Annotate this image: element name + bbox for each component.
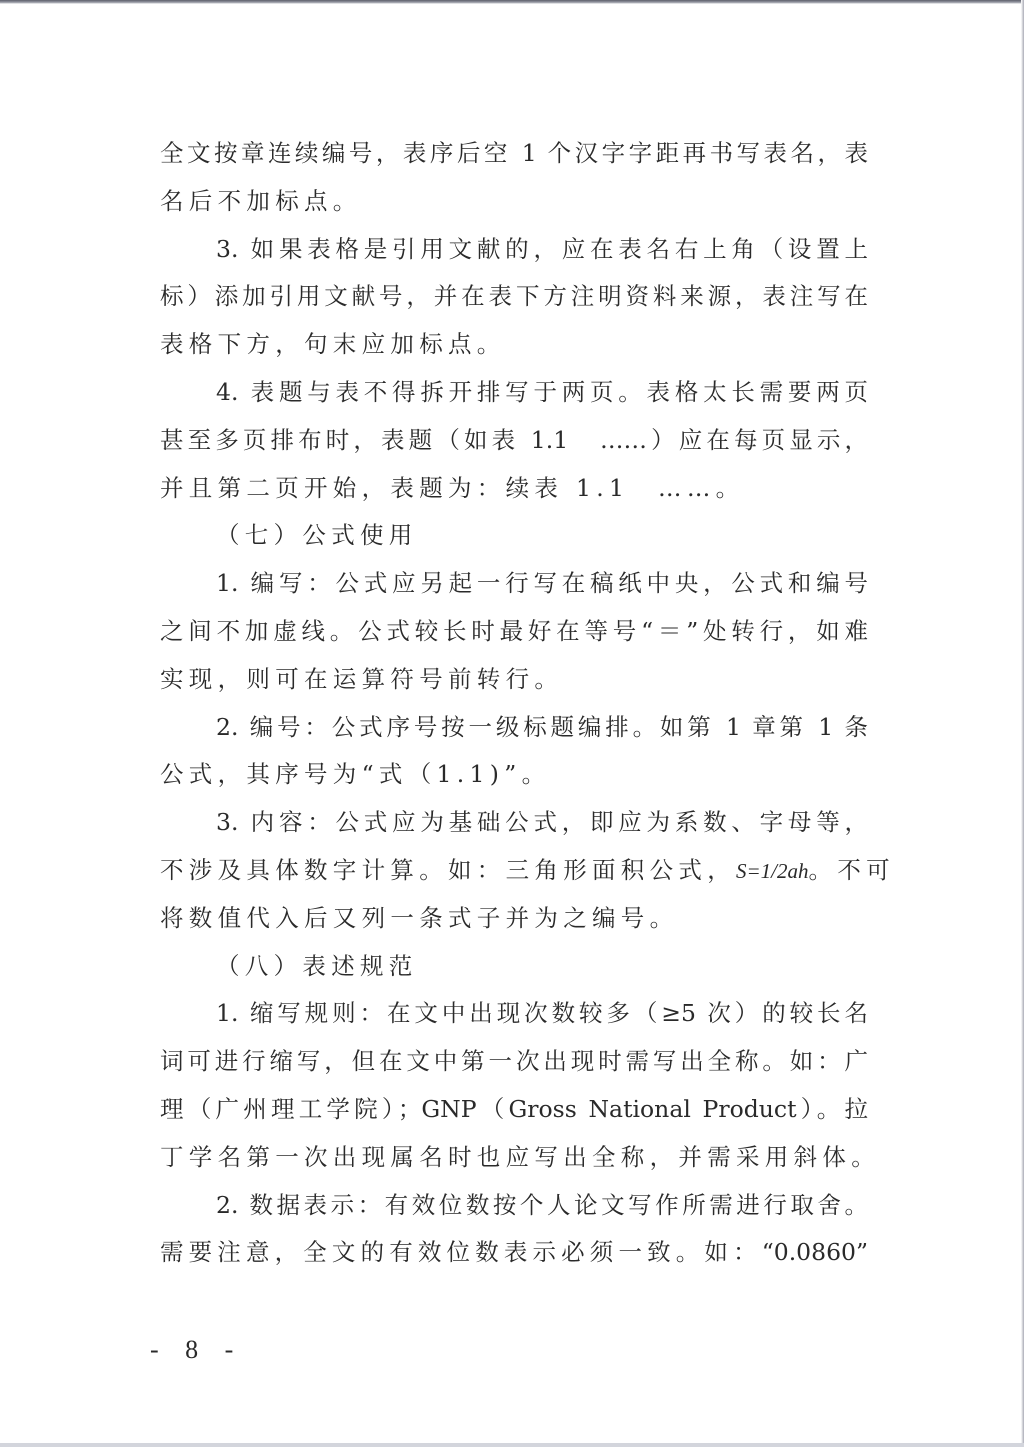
page-number: - 8 -	[150, 1335, 243, 1365]
list-item-formula-numbering: 2. 编号：公式序号按一级标题编排。如第 1 章第 1 条 公式，其序号为“式（…	[160, 704, 868, 800]
text-line: 并且第二页开始，表题为：续表 1.1 ……。	[160, 465, 868, 513]
text-line: 词可进行缩写，但在文中第一次出现时需写出全称。如：广	[160, 1038, 868, 1086]
list-item-table-citation: 3. 如果表格是引用文献的，应在表名右上角（设置上 标）添加引用文献号，并在表下…	[160, 226, 868, 369]
text-line: 需要注意，全文的有效位数表示必须一致。如：“0.0860”	[160, 1229, 868, 1277]
text-line: 1. 编写：公式应另起一行写在稿纸中央，公式和编号	[160, 560, 868, 608]
text-line: 3. 内容：公式应为基础公式，即应为系数、字母等，	[160, 799, 868, 847]
text-line: 1. 缩写规则：在文中出现次数较多（≥5 次）的较长名	[160, 990, 868, 1038]
text-line: 表格下方，句末应加标点。	[160, 321, 868, 369]
text-line: 3. 如果表格是引用文献的，应在表名右上角（设置上	[160, 226, 868, 274]
section-heading-expression-norms: （八）表述规范	[160, 943, 868, 991]
list-item-abbreviation-rules: 1. 缩写规则：在文中出现次数较多（≥5 次）的较长名 词可进行缩写，但在文中第…	[160, 990, 868, 1181]
section-heading-formula-usage: （七）公式使用	[160, 512, 868, 560]
list-item-formula-content: 3. 内容：公式应为基础公式，即应为系数、字母等， 不涉及具体数字计算。如：三角…	[160, 799, 868, 942]
scan-edge-top	[0, 0, 1024, 4]
text-line: 2. 编号：公式序号按一级标题编排。如第 1 章第 1 条	[160, 704, 868, 752]
text-line: 甚至多页排布时，表题（如表 1.1 ……）应在每页显示，	[160, 417, 868, 465]
scan-edge-bottom	[0, 1443, 1024, 1447]
text-line-with-formula: 不涉及具体数字计算。如：三角形面积公式，S=1/2ah。不可	[160, 847, 868, 895]
text-line: 之间不加虚线。公式较长时最好在等号“＝”处转行，如难	[160, 608, 868, 656]
text-line: 全文按章连续编号，表序后空 1 个汉字字距再书写表名，表	[160, 130, 868, 178]
text-line: 2. 数据表示：有效位数按个人论文写作所需进行取舍。	[160, 1182, 868, 1230]
text-line: 将数值代入后又列一条式子并为之编号。	[160, 895, 868, 943]
text-line: 标）添加引用文献号，并在表下方注明资料来源，表注写在	[160, 273, 868, 321]
text-line: 公式，其序号为“式（1.1)”。	[160, 751, 868, 799]
paragraph-table-numbering: 全文按章连续编号，表序后空 1 个汉字字距再书写表名，表 名后不加标点。	[160, 130, 868, 226]
list-item-data-representation: 2. 数据表示：有效位数按个人论文写作所需进行取舍。 需要注意，全文的有效位数表…	[160, 1182, 868, 1278]
list-item-formula-writing: 1. 编写：公式应另起一行写在稿纸中央，公式和编号 之间不加虚线。公式较长时最好…	[160, 560, 868, 703]
list-item-table-title-pages: 4. 表题与表不得拆开排写于两页。表格太长需要两页 甚至多页排布时，表题（如表 …	[160, 369, 868, 512]
text-segment: 。不可	[809, 856, 895, 884]
text-line: 实现，则可在运算符号前转行。	[160, 656, 868, 704]
text-line: 4. 表题与表不得拆开排写于两页。表格太长需要两页	[160, 369, 868, 417]
document-page-body: 全文按章连续编号，表序后空 1 个汉字字距再书写表名，表 名后不加标点。 3. …	[160, 130, 868, 1277]
text-line: 理（广州理工学院）；GNP（Gross National Product）。拉	[160, 1086, 868, 1134]
text-line: 丁学名第一次出现属名时也应写出全称，并需采用斜体。	[160, 1134, 868, 1182]
triangle-area-formula: S=1/2ah	[736, 859, 809, 883]
text-segment: 不涉及具体数字计算。如：三角形面积公式，	[160, 856, 736, 884]
text-line: 名后不加标点。	[160, 178, 868, 226]
